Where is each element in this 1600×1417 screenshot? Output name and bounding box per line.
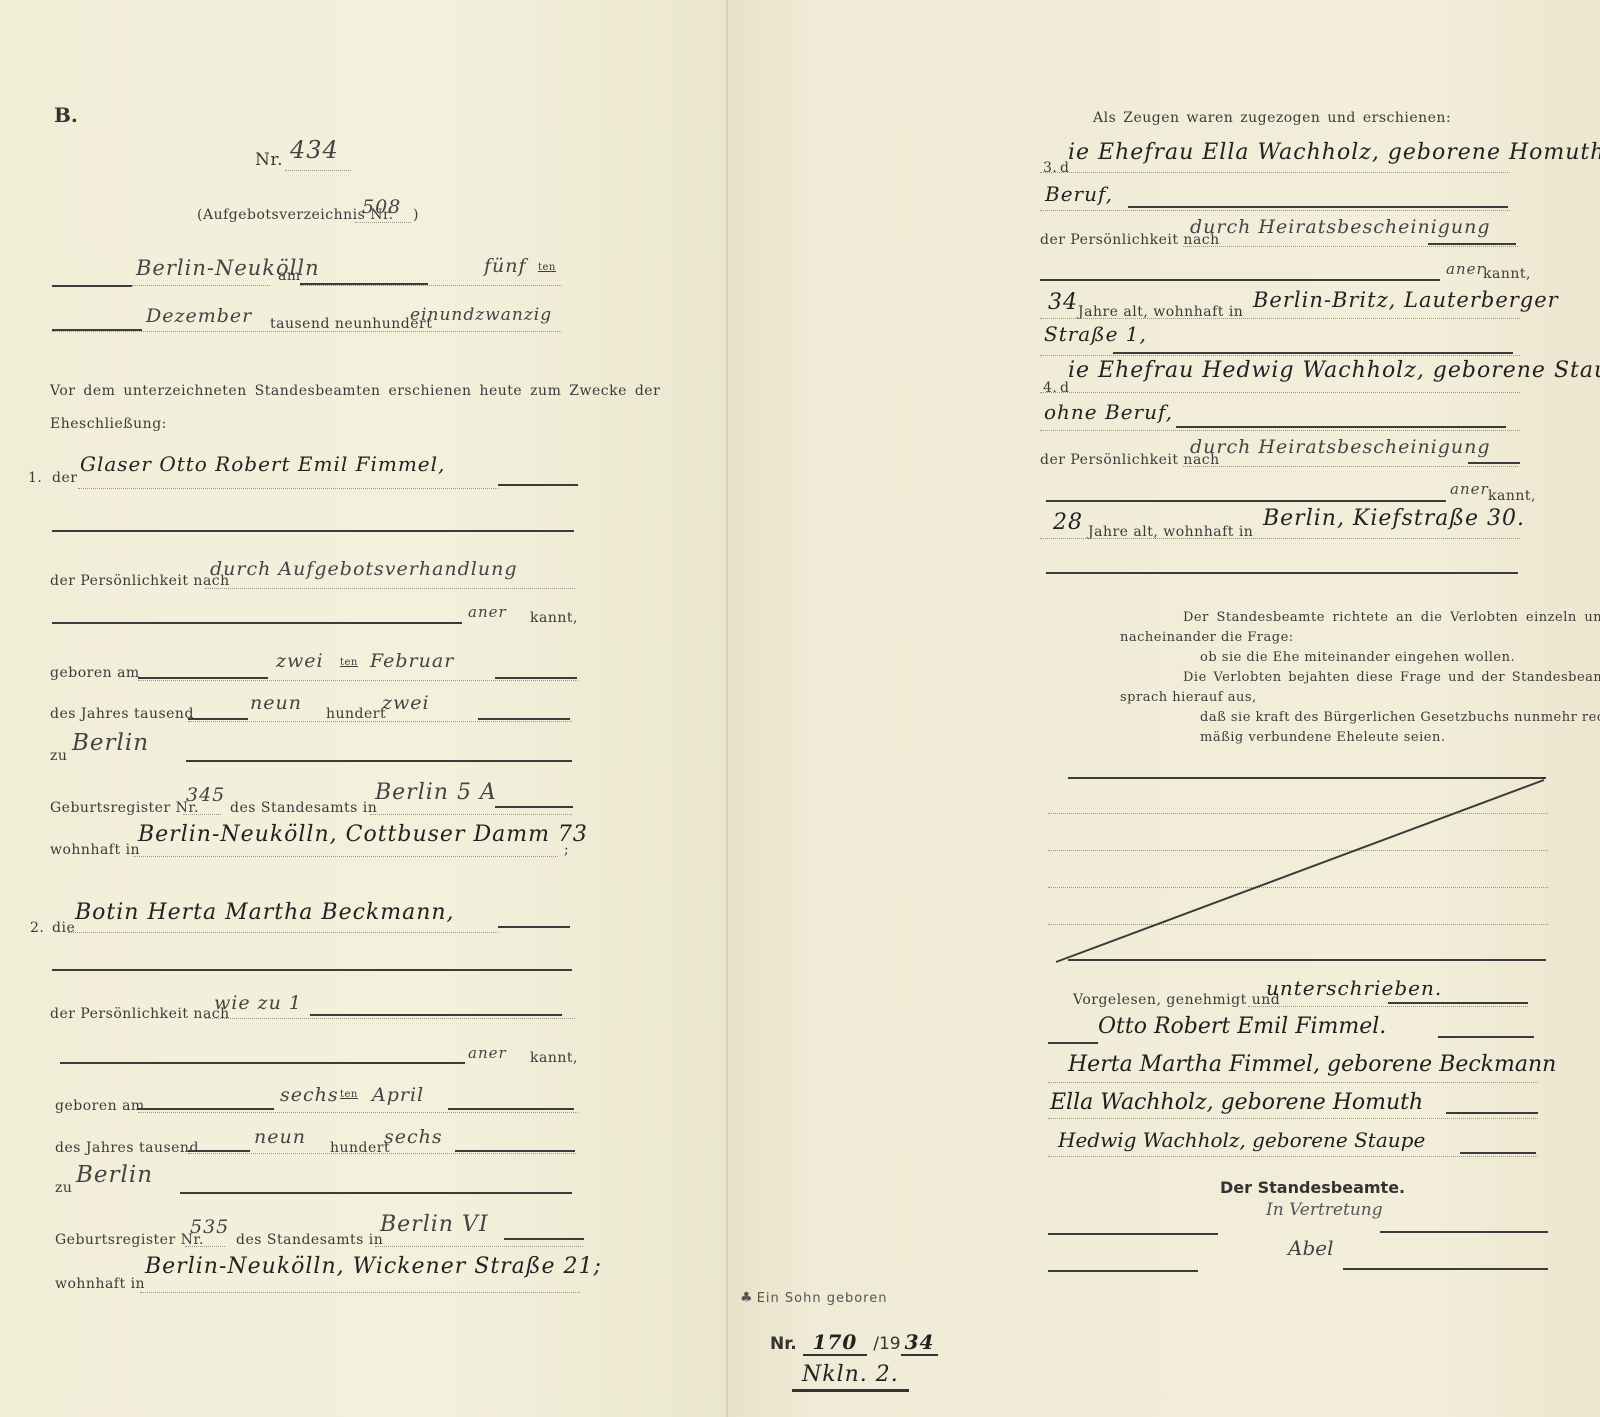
banns-register-number: 508 (362, 196, 401, 218)
stamp-office: Nkln. 2. (792, 1362, 909, 1392)
marriage-year: einundzwanzig (410, 305, 552, 325)
groom-registry-office: Berlin 5 A (375, 780, 497, 805)
bride-birthplace: Berlin (76, 1162, 153, 1188)
witness-4-residence: Berlin, Kiefstraße 30. (1263, 506, 1525, 531)
witness-4-name: ie Ehefrau Hedwig Wachholz, geborene Sta… (1068, 358, 1600, 383)
declaration-p2: ob sie die Ehe miteinander eingehen woll… (1200, 650, 1515, 665)
witness-4-identity: durch Heiratsbescheinigung (1190, 436, 1491, 458)
declaration-p3: Die Verlobten bejahten diese Frage und d… (1183, 670, 1600, 685)
groom-birth-day: zwei (276, 650, 324, 672)
declaration-p1: Der Standesbeamte richtete an die Verlob… (1183, 610, 1600, 625)
bride-name: Botin Herta Martha Beckmann, (75, 900, 455, 925)
registrar-label: Der Standesbeamte. (1220, 1178, 1405, 1197)
bride-birth-register-number: 535 (190, 1216, 229, 1238)
witness-4-age: 28 (1053, 510, 1083, 535)
bride-registry-office: Berlin VI (380, 1212, 489, 1237)
groom-birth-register-number: 345 (186, 784, 225, 806)
signature-bride: Herta Martha Fimmel, geborene Beckmann (1068, 1052, 1556, 1077)
left-page: B. Nr. 434 (Aufgebotsverzeichnis Nr. 508… (0, 0, 728, 1417)
strike-through-diagonal (1048, 770, 1548, 965)
bride-identity: wie zu 1 (214, 992, 302, 1014)
witnesses-heading: Als Zeugen waren zugezogen und erschiene… (1093, 110, 1451, 126)
signature-witness-4: Hedwig Wachholz, geborene Staupe (1058, 1128, 1425, 1152)
groom-birth-year-rest: zwei (382, 692, 430, 714)
witness-3-identity: durch Heiratsbescheinigung (1190, 216, 1491, 238)
groom-birth-year-hundreds: neun (250, 692, 302, 714)
entry-number-label: Nr. (255, 150, 283, 170)
section-letter: B. (54, 103, 78, 127)
intro-text: Vor dem unterzeichneten Standesbeamten e… (50, 383, 660, 399)
witness-3-age: 34 (1048, 290, 1078, 315)
witness-3-name: ie Ehefrau Ella Wachholz, geborene Homut… (1068, 140, 1600, 165)
bride-birth-day: sechs (280, 1084, 339, 1106)
groom-name: Glaser Otto Robert Emil Fimmel, (80, 452, 445, 476)
bride-birth-year-rest: sechs (384, 1126, 443, 1148)
witness-3-residence: Berlin-Britz, Lauterberger (1253, 288, 1559, 312)
stamp-year: 34 (901, 1330, 939, 1356)
approval-value: unterschrieben. (1266, 976, 1442, 1000)
groom-identity: durch Aufgebotsverhandlung (210, 558, 518, 580)
marriage-day: fünf (484, 255, 527, 277)
signature-witness-3: Ella Wachholz, geborene Homuth (1050, 1090, 1423, 1115)
signature-groom: Otto Robert Emil Fimmel. (1098, 1014, 1386, 1039)
stamp-number-line: Nr. 170 /1934 (770, 1330, 938, 1354)
birth-notation-stamp: ♣ Ein Sohn geboren (740, 1290, 887, 1306)
right-page: Als Zeugen waren zugezogen und erschiene… (728, 0, 1600, 1417)
groom-residence: Berlin-Neukölln, Cottbuser Damm 73 (138, 822, 588, 847)
stamp-emblem-icon: ♣ (740, 1290, 753, 1306)
registrar-signature-2: Abel (1288, 1236, 1333, 1260)
bride-birth-year-hundreds: neun (254, 1126, 306, 1148)
stamp-number: 170 (803, 1330, 868, 1356)
bride-residence: Berlin-Neukölln, Wickener Straße 21; (145, 1254, 602, 1279)
bride-birth-month: April (372, 1084, 424, 1106)
groom-birth-month: Februar (370, 650, 454, 672)
entry-number: 434 (290, 136, 339, 164)
marriage-month: Dezember (146, 305, 252, 327)
declaration-p4: daß sie kraft des Bürgerlichen Gesetzbuc… (1200, 710, 1600, 725)
registrar-signature-1: In Vertretung (1266, 1200, 1383, 1220)
groom-birthplace: Berlin (72, 730, 149, 756)
